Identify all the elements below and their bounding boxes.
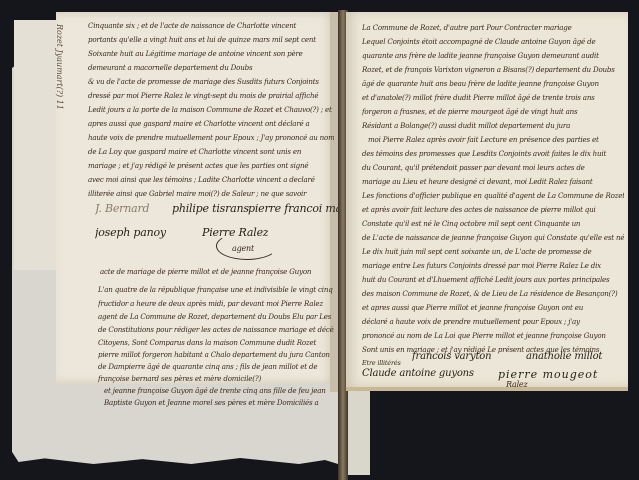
signature: francois varyton <box>412 351 491 362</box>
signature: J. Bernard <box>95 202 149 215</box>
text-line: illiterée ainsi que Gabriel maire moi(?)… <box>88 186 334 202</box>
signature: pierre francoi mairz <box>248 202 338 215</box>
signature: joseph panoy <box>95 226 166 239</box>
margin-annotation: Rozet Jyaumart(?) 11 <box>55 24 64 110</box>
signature-agent: Ralez <box>506 380 528 389</box>
act-heading: acte de mariage de pierre millot et de j… <box>100 264 334 280</box>
signature-flourish <box>216 232 278 260</box>
signature: philipe tisrans <box>172 202 249 215</box>
signature: Claude antoine guyons <box>362 368 474 379</box>
text-line: Baptiste Guyon et Jeanne morel ses pères… <box>104 395 334 411</box>
signature: anatholie millot <box>526 351 626 362</box>
